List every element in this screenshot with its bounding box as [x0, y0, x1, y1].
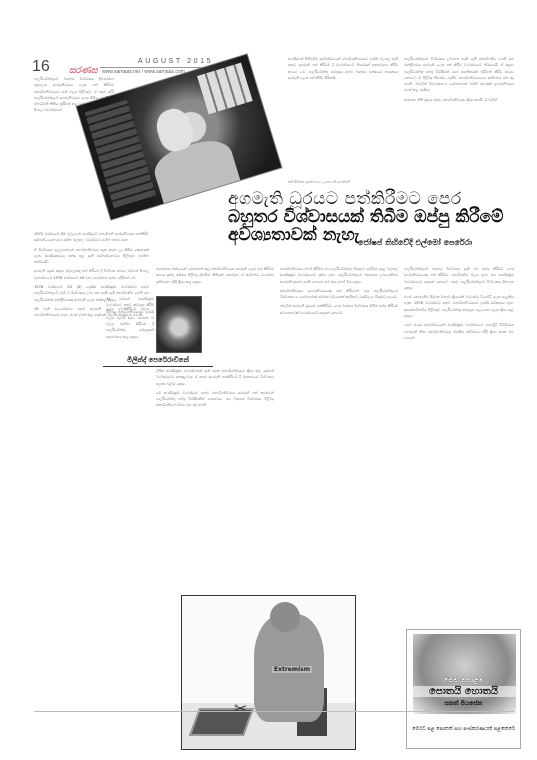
columnist-photo — [156, 296, 202, 353]
headline-line-2: බහුතර විශ්වාසයක් තිබීම ඔප්පු කිරීමේ — [228, 208, 518, 226]
article-center-top-text: ආණ්ඩුවක් පිහිටුවීම සම්බන්ධයෙන් ජනාධිපතිව… — [288, 56, 398, 176]
paragraph: ලිඛිත ආණ්ඩුක්‍රම ව්‍යවස්ථාවක් ඇති රටක ජන… — [156, 368, 274, 387]
article-column-2: ලිඛිත ආණ්ඩුක්‍රම ව්‍යවස්ථාවක් ඇති රටක ජන… — [156, 368, 274, 593]
byline: ජෝෂප් තිහිවේදි එල්මෝ පෙරේරා — [358, 238, 472, 248]
paragraph: අගමැති ධූරය සඳහා පූද්ගලයකු පත් කිරීමේ දී… — [34, 268, 149, 281]
paragraph: ජනාධිපතිවරයා ඉවත් කිරීමට හා පාර්ලිමේන්තු… — [280, 266, 398, 285]
footer-rule — [34, 711, 514, 712]
ad-author: සනත් පියසේන — [407, 700, 520, 708]
cartoon-label: Extremism — [272, 666, 312, 673]
paragraph: මේ ආණ්ඩුක්‍රම ව්‍යවස්ථාව අනුව ජනාධිපතිවර… — [156, 390, 274, 409]
paragraph: මහජනයා ඡන්දයෙන් තෝරාපත් කළ ජනාධිපතිවරයා … — [156, 266, 274, 285]
editorial-cartoon: ✂ Extremism — [181, 595, 356, 750]
paragraph: සාමාන්‍ය නීති ක්‍රමය අනුව ජනාධිපතිවරයා ක… — [404, 97, 514, 103]
website-url[interactable]: www.sarnaas.net / www.sarnaas.com — [102, 69, 185, 75]
headline-line-1: අගමැති ධූරයට පත්කිරීමට පෙර — [228, 190, 518, 208]
paragraph: ජනාධිපතිවරයා අගමැතිවරයෙකු පත් කිරීමෙන් ප… — [280, 288, 398, 301]
columnist-intro-text: 34 වන්නේ ආණ්ඩුක්‍රම ව්‍යවස්ථාව අනුව කටයු… — [106, 296, 154, 354]
article-column-4: පාර්ලිමේන්තුවේ බහුතර විශ්වාසය ඇති බව ඔප්… — [404, 266, 514, 566]
paragraph: එබැවින් අගමැති ධූරයට පත්කිරීමට පෙර බහුතර… — [280, 303, 398, 316]
photo-caption: අති පිහිතන පූජනියභාය උපහාසයි පරාජිතයි — [288, 180, 350, 184]
paragraph: 1972 වාස්ථාවේ 92 වල්ලාවේ ආණ්ඩුවේ ජනාධිපත… — [34, 231, 149, 244]
article-column-3: ජනාධිපතිවරයා ඉවත් කිරීමට හා පාර්ලිමේන්තු… — [280, 266, 398, 591]
article-right-top-text: පාර්ලිමේන්තුවේ විශ්වාසය ලබාගත හැකි යැයි … — [404, 56, 514, 174]
paragraph: පාර්ලිමේන්තුවේ බහුතර විශ්වාසය ඇති බව ඔප්… — [404, 266, 514, 291]
paragraph: ආණ්ඩුවක් පිහිටුවීම සම්බන්ධයෙන් ජනාධිපතිව… — [288, 56, 398, 81]
paragraph: එසේ නොමැතිව සිදුවන ඕනෑම ක්‍රියාවක් ව්‍යව… — [404, 294, 514, 319]
cartoon-figure-head — [270, 602, 300, 632]
columnist-name: මිලින්ද් පෙරේරාවිනේ — [103, 356, 213, 367]
paragraph: 34 වන්නේ ආණ්ඩුක්‍රම ව්‍යවස්ථාව අනුව කටයු… — [106, 296, 154, 340]
window-shape — [197, 63, 253, 115]
page-number: 16 — [32, 58, 50, 76]
paragraph: පාර්ලිමේන්තුවේ විශ්වාසය ලබාගත හැකි යැයි … — [404, 56, 514, 94]
ad-title: පොතයි හොතයි — [407, 686, 520, 697]
book-advertisement[interactable]: මෙම කොළඹ පොතයි හොතයි සනත් පියසේන මෙරට පළ… — [406, 629, 521, 749]
masthead-logo: සරණස — [69, 66, 98, 76]
scissors-icon: ✂ — [234, 699, 247, 718]
article-column-2-top: මහජනයා ඡන්දයෙන් තෝරාපත් කළ ජනාධිපතිවරයා … — [156, 266, 274, 296]
paragraph: ඒ විශ්වාසය ඉල්ලාගන්නේ ජනාධිපතිවරයා සැක ක… — [34, 247, 149, 266]
paragraph: මෙම අංශය සම්බන්ධයෙන් ආණ්ඩුක්‍රම ව්‍යවස්ථ… — [404, 322, 514, 341]
issue-date: AUGUST 2015 — [138, 58, 213, 65]
ad-tagline: මෙරට පළ පොතක් සහ සංස්කරණයක් පළකෙරේ — [407, 725, 520, 733]
ad-subtitle: මෙම කොළඹ — [407, 676, 520, 685]
newspaper-page: 16 සරණස AUGUST 2015 www.sarnaas.net / ww… — [28, 56, 514, 711]
headline: අගමැති ධූරයට පත්කිරීමට පෙර බහුතර විශ්වාස… — [228, 190, 518, 244]
